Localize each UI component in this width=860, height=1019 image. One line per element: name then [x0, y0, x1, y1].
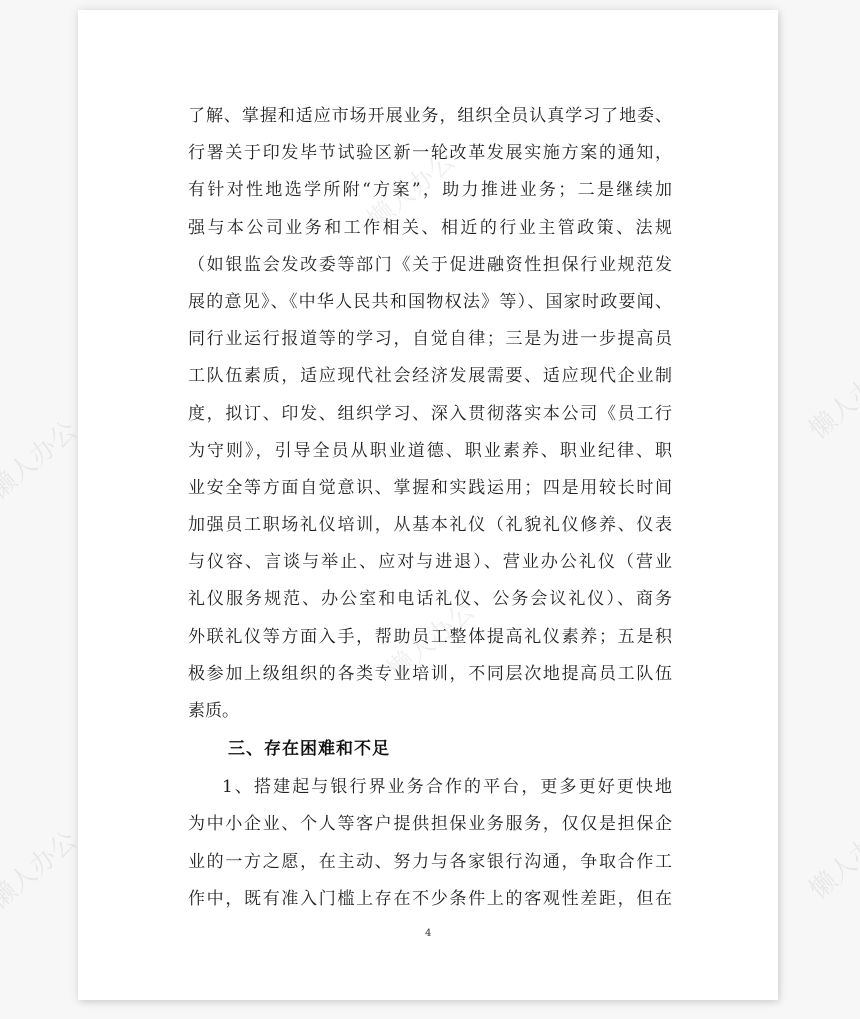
text-line: 度，拟订、印发、组织学习、深入贯彻落实本公司《员工行: [188, 396, 672, 433]
text-line: 为中小企业、个人等客户提供担保业务服务，仅仅是担保企: [188, 806, 672, 843]
document-page: 懒人办公 懒人办公 了解、掌握和适应市场开展业务，组织全员认真学习了地委、 行署…: [78, 10, 778, 1000]
watermark: 懒人办公: [0, 821, 84, 916]
text-line: 业的一方之愿，在主动、努力与各家银行沟通，争取合作工: [188, 844, 672, 881]
text-line: 与仪容、言谈与举止、应对与进退）、营业办公礼仪（营业: [188, 544, 672, 581]
page-number: 4: [425, 928, 431, 939]
text-line: 外联礼仪等方面入手，帮助员工整体提高礼仪素养；五是积: [188, 619, 672, 656]
text-line: 1、搭建起与银行界业务合作的平台，更多更好更快地: [188, 769, 672, 806]
text-line: 极参加上级组织的各类专业培训，不同层次地提高员工队伍: [188, 656, 672, 693]
watermark: 懒人办公: [800, 811, 860, 906]
section-heading: 三、存在困难和不足: [188, 730, 672, 769]
text-line: （如银监会发改委等部门《关于促进融资性担保行业规范发: [188, 247, 672, 284]
text-line: 展的意见》、《中华人民共和国物权法》等）、国家时政要闻、: [188, 284, 672, 321]
watermark: 懒人办公: [800, 351, 860, 446]
text-line: 礼仪服务规范、办公室和电话礼仪、公务会议礼仪）、商务: [188, 581, 672, 618]
watermark: 懒人办公: [0, 411, 84, 506]
text-line: 工队伍素质，适应现代社会经济发展需要、适应现代企业制: [188, 358, 672, 395]
text-line: 作中，既有准入门槛上存在不少条件上的客观性差距，但在: [188, 881, 672, 918]
text-line: 强与本公司业务和工作相关、相近的行业主管政策、法规: [188, 210, 672, 247]
text-line: 有针对性地选学所附“方案”，助力推进业务；二是继续加: [188, 172, 672, 209]
text-line: 加强员工职场礼仪培训，从基本礼仪（礼貌礼仪修养、仪表: [188, 507, 672, 544]
text-line: 了解、掌握和适应市场开展业务，组织全员认真学习了地委、: [188, 98, 672, 135]
text-line: 为守则》，引导全员从职业道德、职业素养、职业纪律、职: [188, 433, 672, 470]
body-text: 了解、掌握和适应市场开展业务，组织全员认真学习了地委、 行署关于印发毕节试验区新…: [188, 98, 672, 918]
text-line: 同行业运行报道等的学习，自觉自律；三是为进一步提高员: [188, 321, 672, 358]
text-line: 业安全等方面自觉意识、掌握和实践运用；四是用较长时间: [188, 470, 672, 507]
text-line: 素质。: [188, 693, 672, 730]
text-line: 行署关于印发毕节试验区新一轮改革发展实施方案的通知，: [188, 135, 672, 172]
